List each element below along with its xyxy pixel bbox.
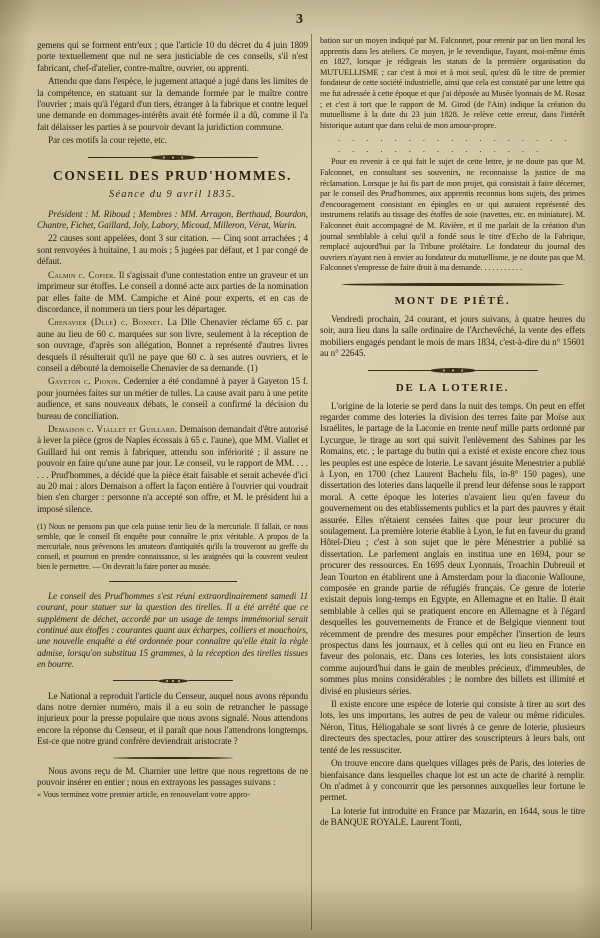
article-title-prudhommes: CONSEIL DES PRUD'HOMMES. <box>37 168 308 184</box>
left-column: gemens qui se forment entr'eux ; que l'a… <box>37 40 308 803</box>
charnier-quote-start: « Vous terminez votre premier article, e… <box>37 790 308 801</box>
loterie-lots-espece: Il existe encore une espèce de loterie q… <box>320 699 585 756</box>
right-column: bation sur un moyen indiqué par M. Falco… <box>320 36 585 831</box>
column-divider <box>311 34 312 930</box>
lens-divider-short <box>113 757 233 759</box>
ornament-divider <box>88 155 258 160</box>
letter-second-part: Pour en revenir à ce qui fait le sujet d… <box>320 157 585 274</box>
lens-divider <box>341 283 565 286</box>
court-ruling-continuation: gemens qui se forment entr'eux ; que l'a… <box>37 40 308 74</box>
loterie-bienfaisance: On trouve encore dans quelques villages … <box>320 758 585 804</box>
case-chenavier: Chenavier (Dlle) c. Bonnet. La Dlle Chen… <box>37 317 308 374</box>
section-title-loterie: DE LA LOTERIE. <box>320 382 585 394</box>
causes-summary: 22 causes sont appelées, dont 3 sur cita… <box>37 233 308 267</box>
case-demaison-parties: Demaison c. Viallet et Guillard. <box>48 424 177 434</box>
section-title-mont-de-piete: MONT DE PIÉTÉ. <box>320 295 585 307</box>
letter-continuation: bation sur un moyen indiqué par M. Falco… <box>320 36 585 131</box>
case-chenavier-parties: Chenavier (Dlle) c. Bonnet. <box>48 317 163 327</box>
ornament-divider-right <box>368 368 538 373</box>
newspaper-page: 3 gemens qui se forment entr'eux ; que l… <box>0 0 600 938</box>
loterie-mazarin: La loterie fut introduite en France par … <box>320 806 585 829</box>
case-demaison: Demaison c. Viallet et Guillard. Demaiso… <box>37 424 308 515</box>
case-calmin: Calmin c. Copier. Il s'agissait d'une co… <box>37 270 308 316</box>
charnier-letter-intro: Nous avons reçu de M. Charnier une lettr… <box>37 766 308 789</box>
case-demaison-text: Demaison demandait d'être autorisé à lev… <box>37 424 308 514</box>
case-gayeton-parties: Gayeton c. Pionin. <box>48 376 121 386</box>
mont-de-piete-notice: Vendredi prochain, 24 courant, et jours … <box>320 314 585 360</box>
case-gayeton: Gayeton c. Pionin. Cedernier a été conda… <box>37 376 308 422</box>
article-subtitle-seance: Séance du 9 avril 1835. <box>37 189 308 200</box>
ornament-divider-small <box>113 679 233 683</box>
page-number: 3 <box>0 12 600 28</box>
case-calmin-parties: Calmin c. Copier. <box>48 270 116 280</box>
court-ruling-motifs: Par ces motifs la cour rejette, etc. <box>37 135 308 146</box>
tirelles-notice: Le conseil des Prud'hommes s'est réuni e… <box>37 591 308 671</box>
national-censeur-note: Le National a reproduit l'article du Cen… <box>37 691 308 748</box>
members-list: Président : M. Riboud ; Membres : MM. Ar… <box>37 209 308 232</box>
loterie-history: L'origine de la loterie se perd dans la … <box>320 401 585 698</box>
court-ruling-attendu: Attendu que dans l'espèce, le jugement a… <box>37 76 308 133</box>
footnote-mercuriale: (1) Nous ne pensons pas que cela puisse … <box>37 522 308 572</box>
letter-ellipsis-row: . . . . . . . . . . . . . . . . . . . . … <box>338 133 585 155</box>
plain-divider <box>109 581 237 582</box>
